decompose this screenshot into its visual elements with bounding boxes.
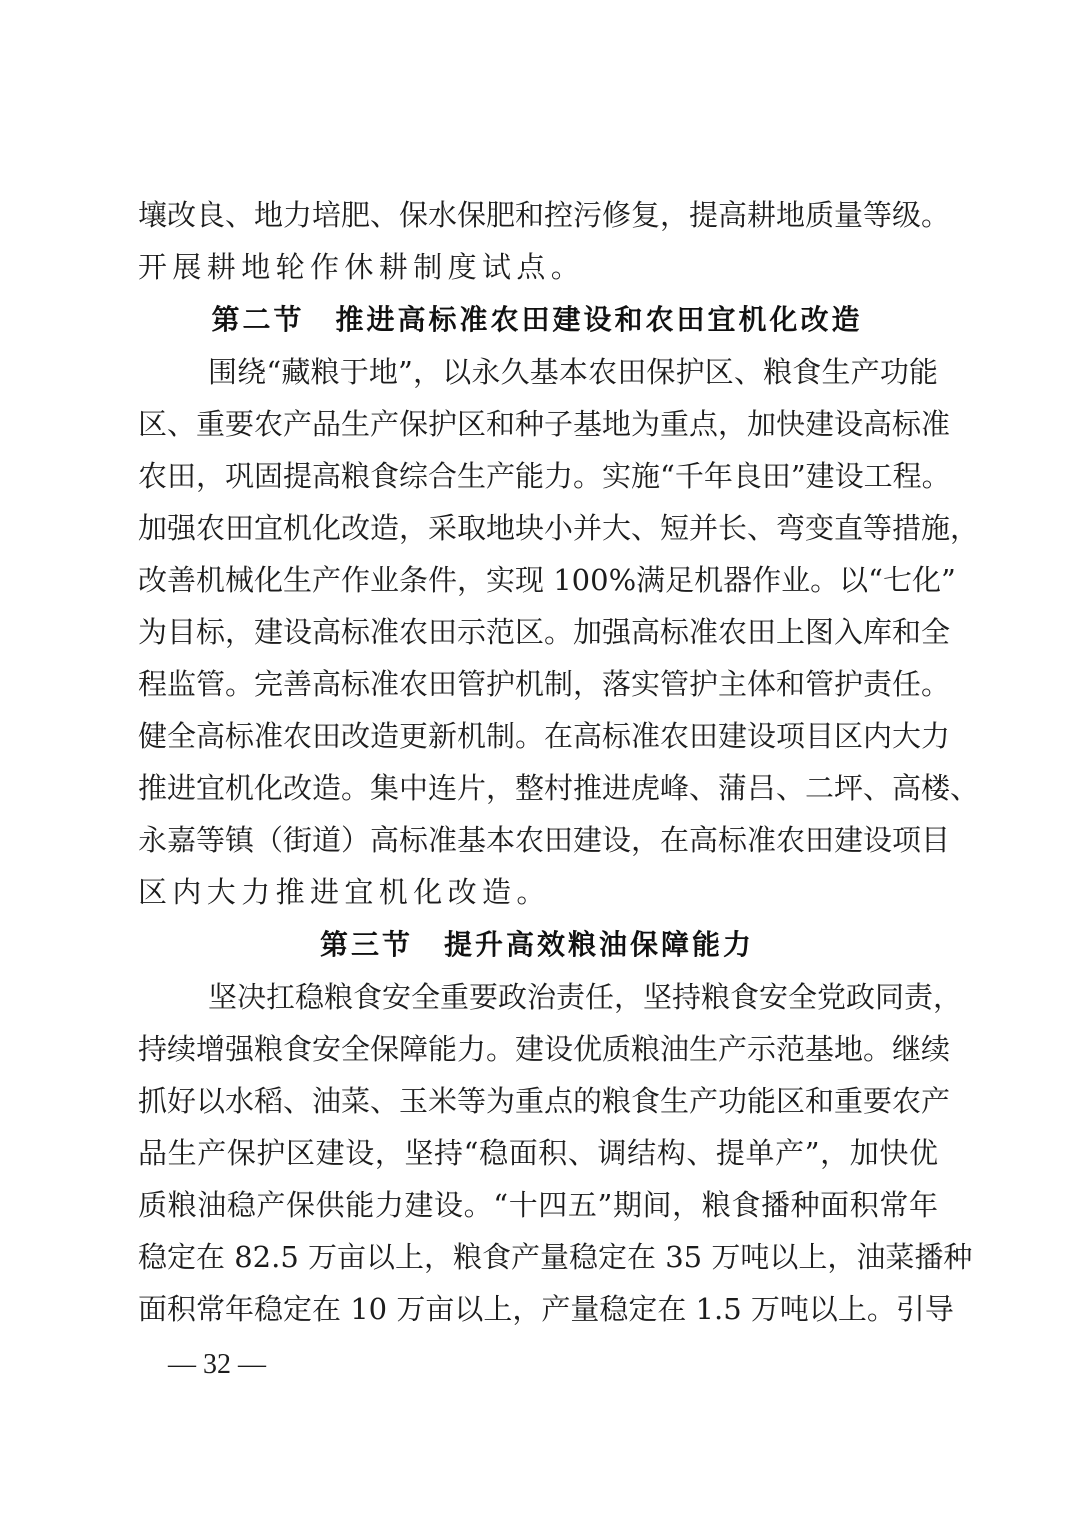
body-text-line: 开展耕地轮作休耕制度试点。 <box>138 252 938 304</box>
body-text-line: 稳定在 82.5 万亩以上，粮食产量稳定在 35 万吨以上，油菜播种 <box>138 1242 938 1294</box>
body-text-line: 健全高标准农田改造更新机制。在高标准农田建设项目区内大力 <box>138 721 938 773</box>
body-text-line: 质粮油稳产保供能力建设。“十四五”期间，粮食播种面积常年 <box>138 1190 938 1242</box>
body-text-line: 加强农田宜机化改造，采取地块小并大、短并长、弯变直等措施， <box>138 513 938 565</box>
body-text-line: 改善机械化生产作业条件，实现 100%满足机器作业。以“七化” <box>138 565 938 617</box>
body-text-line: 品生产保护区建设，坚持“稳面积、调结构、提单产”，加快优 <box>138 1138 938 1190</box>
section-heading: 第三节 提升高效粮油保障能力 <box>0 930 1074 960</box>
body-text-line: 围绕“藏粮于地”，以永久基本农田保护区、粮食生产功能 <box>138 357 938 409</box>
section-heading: 第二节 推进高标准农田建设和农田宜机化改造 <box>0 305 1074 335</box>
body-text-line: 坚决扛稳粮食安全重要政治责任，坚持粮食安全党政同责， <box>138 982 938 1034</box>
body-text-line: 为目标，建设高标准农田示范区。加强高标准农田上图入库和全 <box>138 617 938 669</box>
body-text-line: 农田，巩固提高粮食综合生产能力。实施“千年良田”建设工程。 <box>138 461 938 513</box>
body-text-line: 区内大力推进宜机化改造。 <box>138 877 938 929</box>
body-text-line: 抓好以水稻、油菜、玉米等为重点的粮食生产功能区和重要农产 <box>138 1086 938 1138</box>
body-text-line: 推进宜机化改造。集中连片，整村推进虎峰、蒲吕、二坪、高楼、 <box>138 773 938 825</box>
document-page: 壤改良、地力培肥、保水保肥和控污修复，提高耕地质量等级。 开展耕地轮作休耕制度试… <box>0 0 1074 1520</box>
body-text-line: 永嘉等镇（街道）高标准基本农田建设，在高标准农田建设项目 <box>138 825 938 877</box>
page-number: — 32 — <box>168 1350 266 1380</box>
body-text-line: 区、重要农产品生产保护区和种子基地为重点，加快建设高标准 <box>138 409 938 461</box>
body-text-line: 壤改良、地力培肥、保水保肥和控污修复，提高耕地质量等级。 <box>138 200 938 252</box>
body-text-line: 面积常年稳定在 10 万亩以上，产量稳定在 1.5 万吨以上。引导 <box>138 1294 938 1346</box>
body-text-line: 持续增强粮食安全保障能力。建设优质粮油生产示范基地。继续 <box>138 1034 938 1086</box>
body-text-line: 程监管。完善高标准农田管护机制，落实管护主体和管护责任。 <box>138 669 938 721</box>
